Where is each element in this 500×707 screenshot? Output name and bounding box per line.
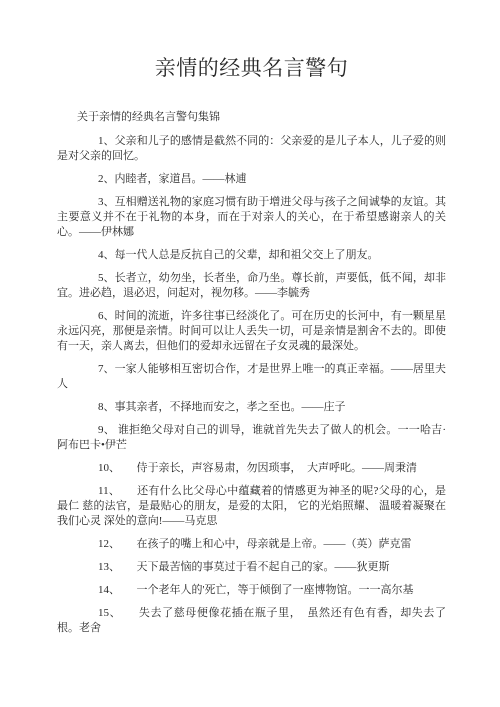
- quote-paragraph-10: 10、 侍于亲长，声容易肃，勿因琐事， 大声呼叱。——周秉清: [57, 461, 446, 476]
- document-page: 亲情的经典名言警句 关于亲情的经典名言警句集锦 1、父亲和儿子的感情是截然不同的…: [0, 0, 500, 707]
- quote-paragraph-12: 12、 在孩子的嘴上和心中，母亲就是上帝。——（英）萨克雷: [57, 537, 446, 552]
- quote-paragraph-9: 9、 谁拒绝父母对自己的训导，谁就首先失去了做人的机会。一一哈吉·阿布巴卡•伊芒: [57, 423, 446, 453]
- quote-paragraph-14: 14、 一个老年人的'死亡，等于倾倒了一座博物馆。一一高尔基: [57, 583, 446, 598]
- quote-paragraph-11: 11、 还有什么比父母心中蕴藏着的情感更为神圣的呢?父母的心，是最仁 慈的法官，…: [57, 484, 446, 529]
- page-title: 亲情的经典名言警句: [57, 52, 446, 84]
- quote-paragraph-15: 15、 失去了慈母便像花插在瓶子里， 虽然还有色有香，却失去了根。老舍: [57, 606, 446, 636]
- quote-paragraph-1: 1、父亲和儿子的感情是截然不同的：父亲爱的是儿子本人，儿子爱的则是对父亲的回忆。: [57, 134, 446, 164]
- quote-paragraph-7: 7、一家人能够相互密切合作，才是世界上唯一的真正幸福。——居里夫人: [57, 362, 446, 392]
- quote-paragraph-3: 3、互相赠送礼物的家庭习惯有助于增进父母与孩子之间诚挚的友谊。其主要意义并不在于…: [57, 195, 446, 240]
- quote-paragraph-13: 13、 天下最苦恼的事莫过于看不起自己的家。——狄更斯: [57, 560, 446, 575]
- quote-paragraph-6: 6、时间的流逝，许多往事已经淡化了。可在历史的长河中，有一颗星星永远闪亮，那便是…: [57, 309, 446, 354]
- quote-list: 1、父亲和儿子的感情是截然不同的：父亲爱的是儿子本人，儿子爱的则是对父亲的回忆。…: [57, 134, 446, 636]
- quote-paragraph-8: 8、事其亲者，不择地而安之，孝之至也。——庄子: [57, 400, 446, 415]
- intro-line: 关于亲情的经典名言警句集锦: [57, 110, 446, 125]
- quote-paragraph-5: 5、长者立，幼勿坐，长者坐，命乃坐。尊长前，声要低，低不闻，却非宜。进必趋，退必…: [57, 271, 446, 301]
- quote-paragraph-4: 4、每一代人总是反抗自己的父辈，却和祖父交上了朋友。: [57, 248, 446, 263]
- quote-paragraph-2: 2、内睦者，家道昌。——林逋: [57, 172, 446, 187]
